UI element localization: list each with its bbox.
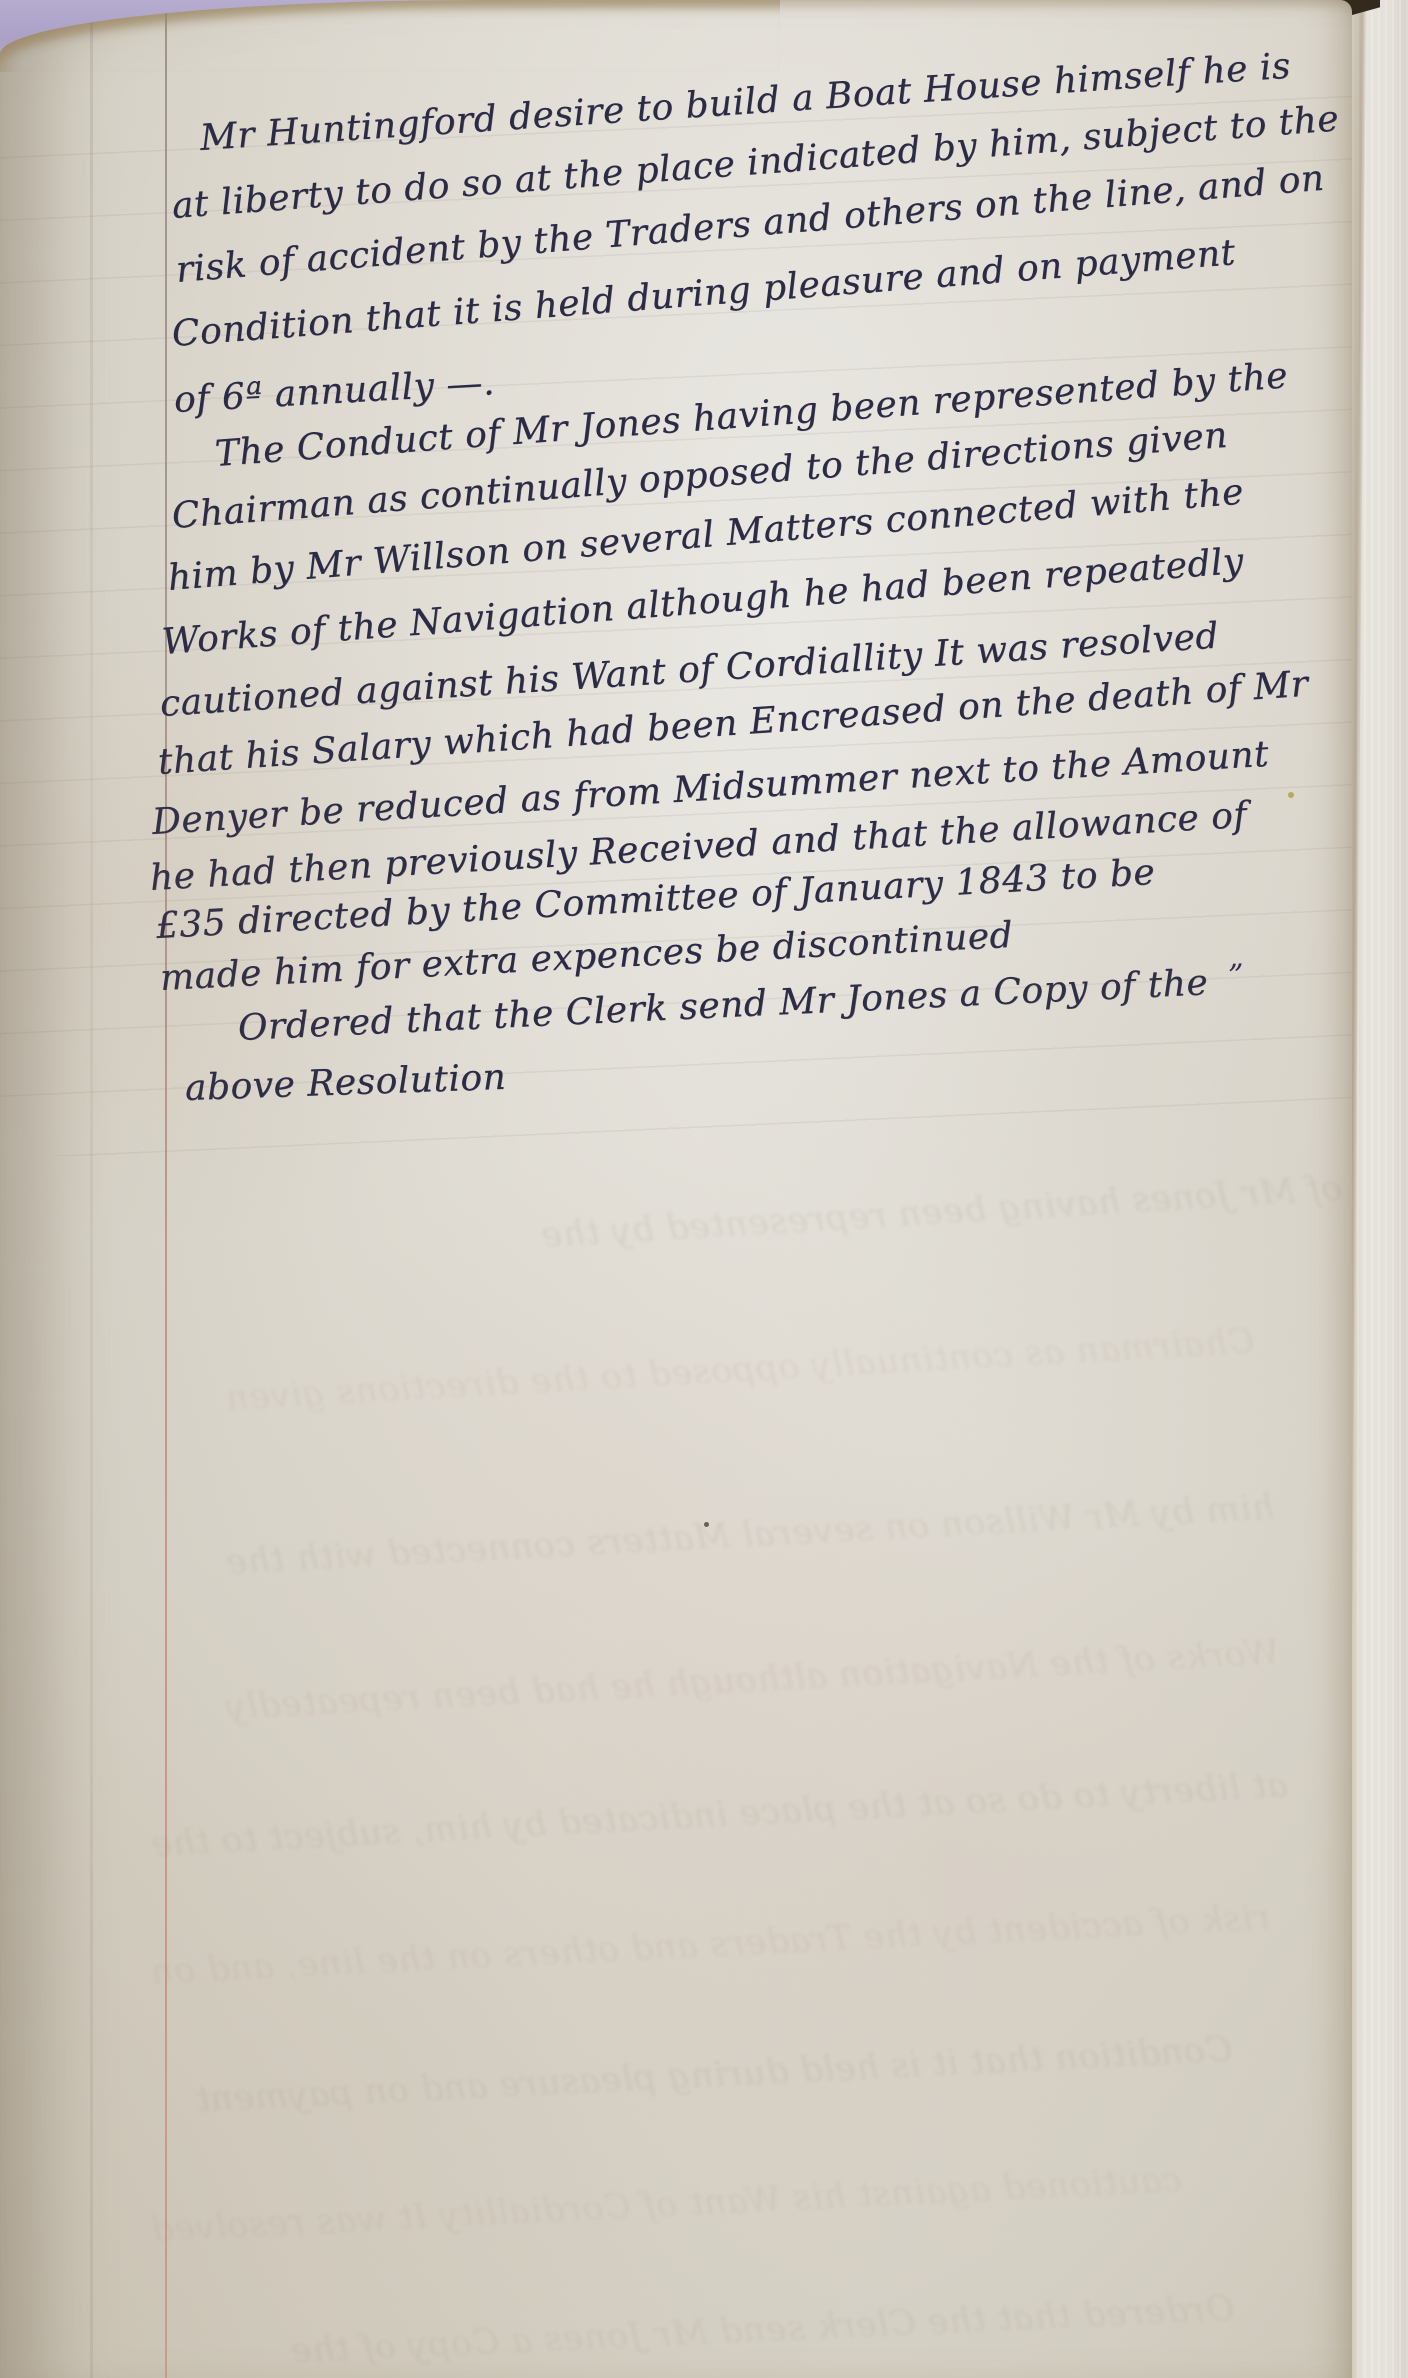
- manuscript-page: The Conduct of Mr Jones having been repr…: [0, 0, 1352, 2378]
- paper-mottle: [0, 0, 1352, 2378]
- photograph: The Conduct of Mr Jones having been repr…: [0, 0, 1408, 2378]
